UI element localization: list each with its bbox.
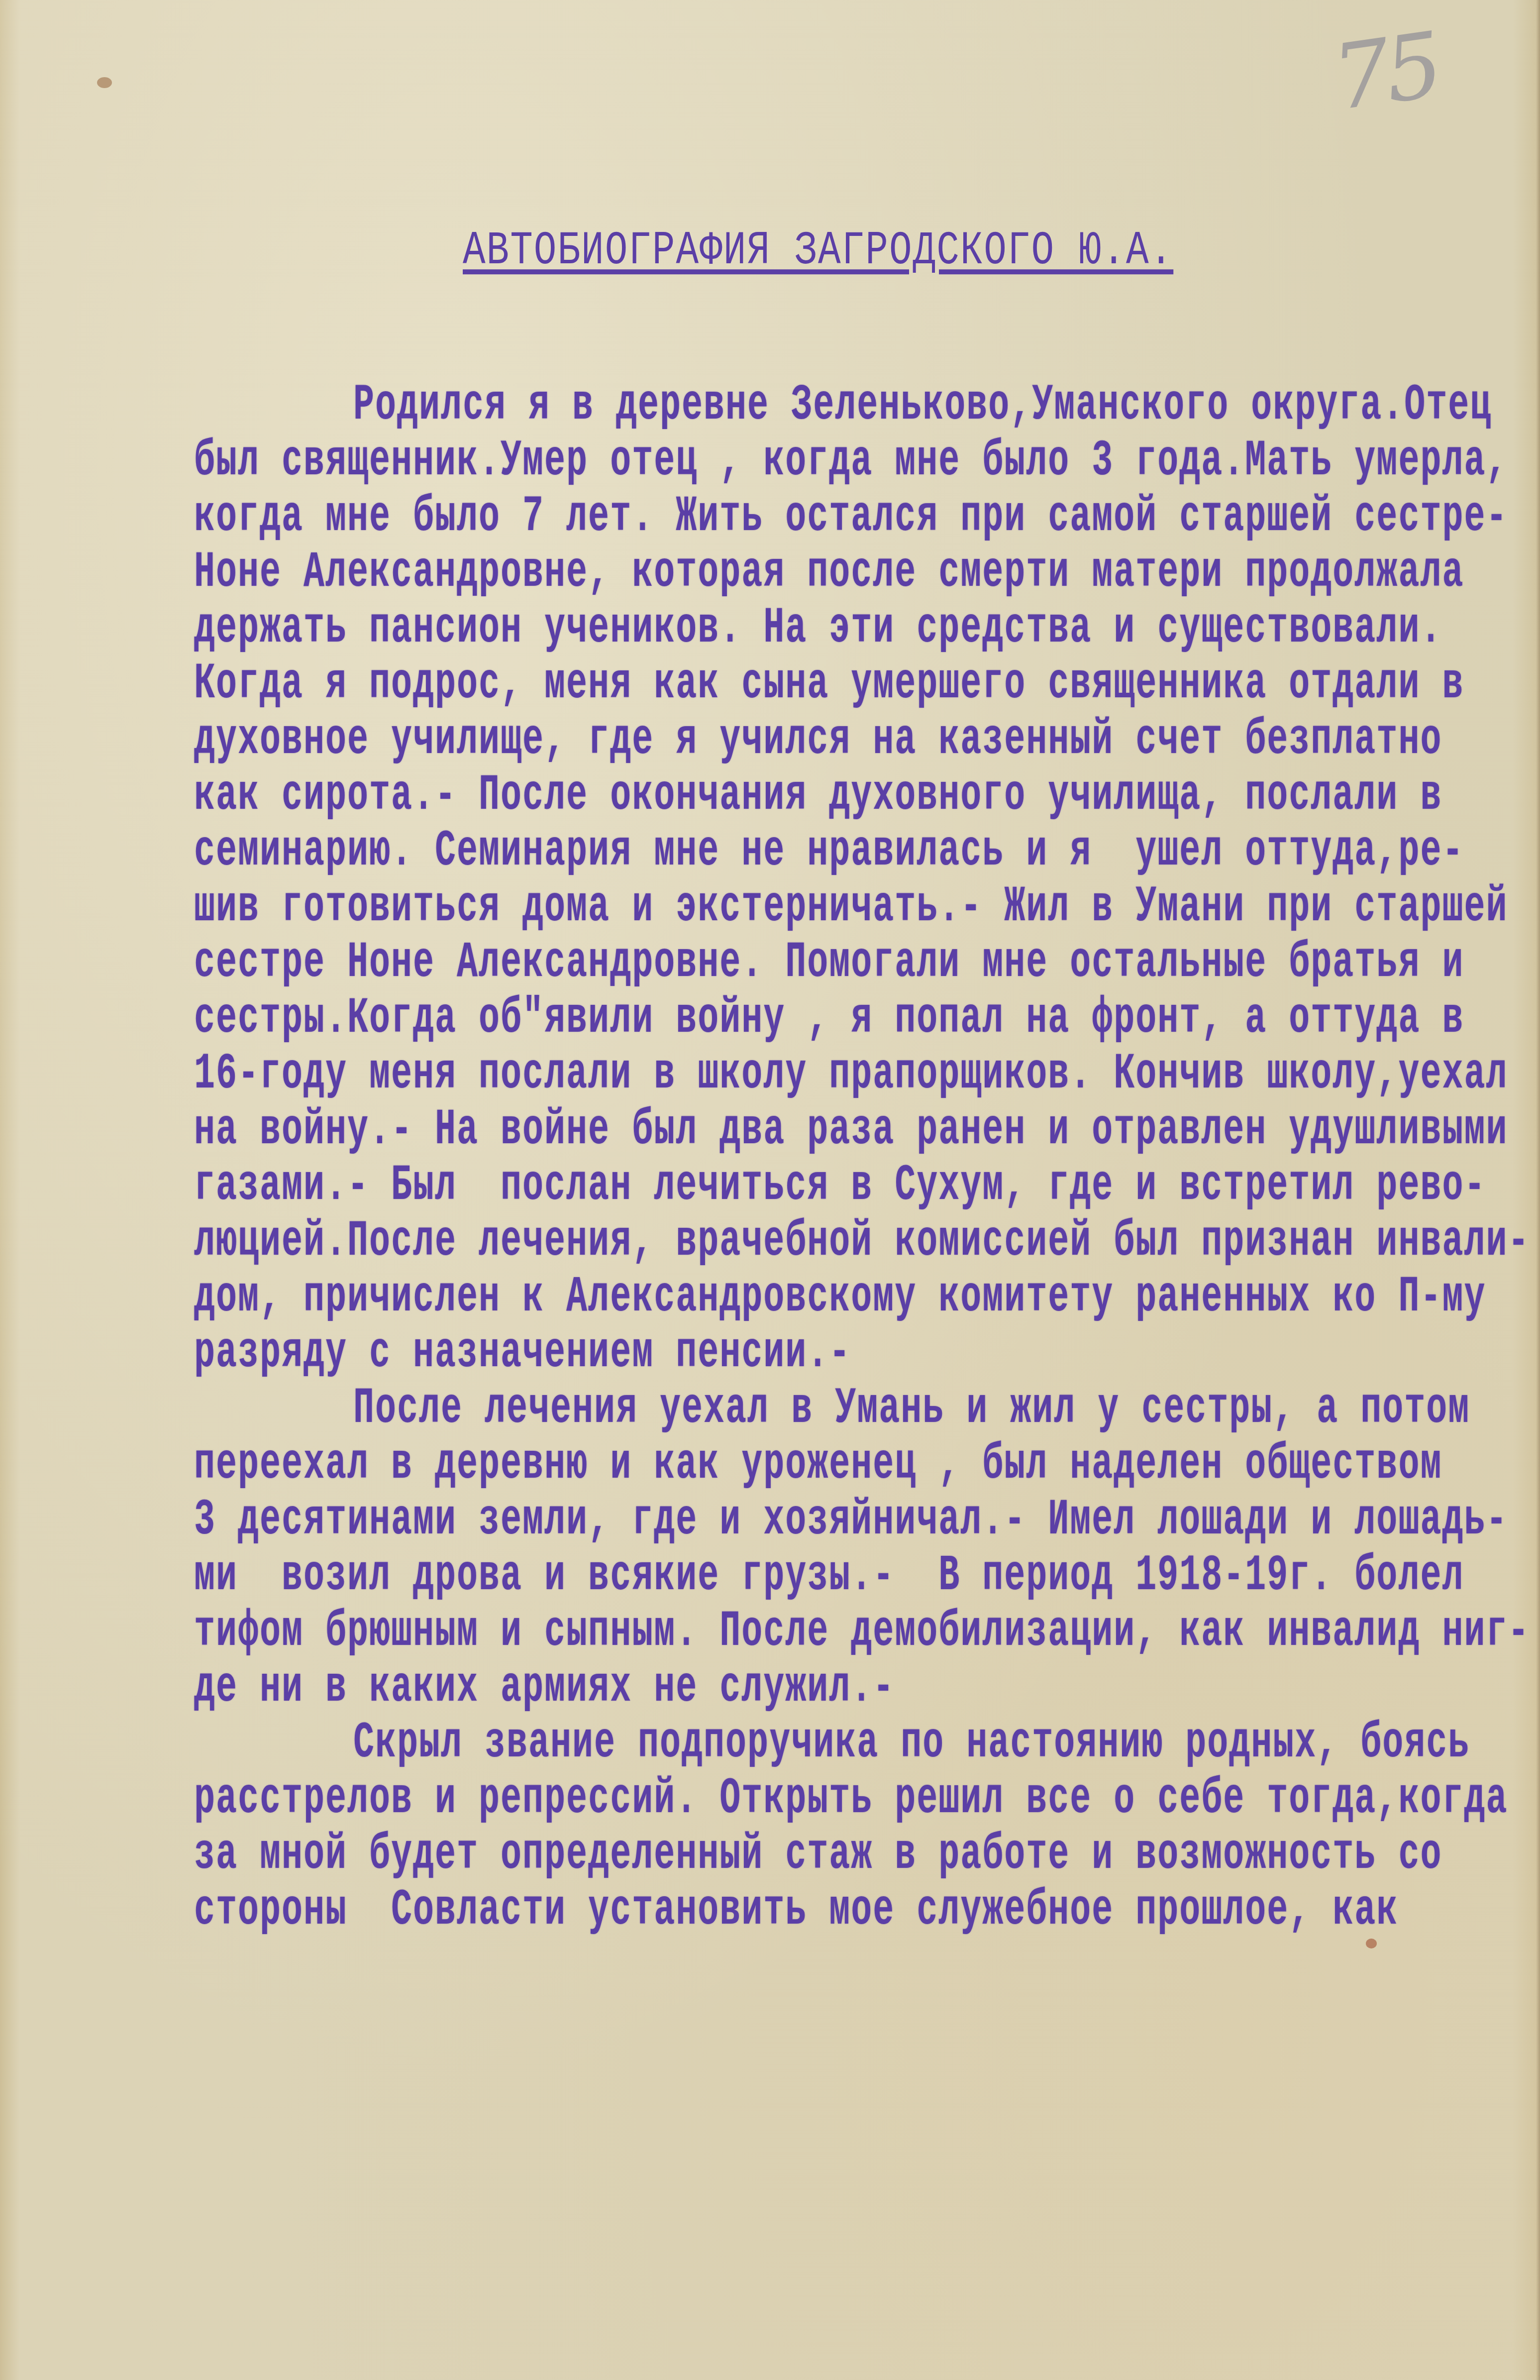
document-body: Родился я в деревне Зеленьково,Уманского… bbox=[194, 378, 1540, 1939]
paper-stain bbox=[97, 77, 112, 88]
text-line: стороны Совласти установить мое служебно… bbox=[194, 1871, 1540, 1951]
folio-number: 75 bbox=[1327, 13, 1444, 130]
page-edge bbox=[1536, 0, 1540, 2380]
document-page: 75 АВТОБИОГРАФИЯ ЗАГРОДСКОГО Ю.А. Родилс… bbox=[0, 0, 1540, 2380]
paper-stain bbox=[1366, 1939, 1377, 1948]
document-title: АВТОБИОГРАФИЯ ЗАГРОДСКОГО Ю.А. bbox=[463, 224, 1173, 278]
